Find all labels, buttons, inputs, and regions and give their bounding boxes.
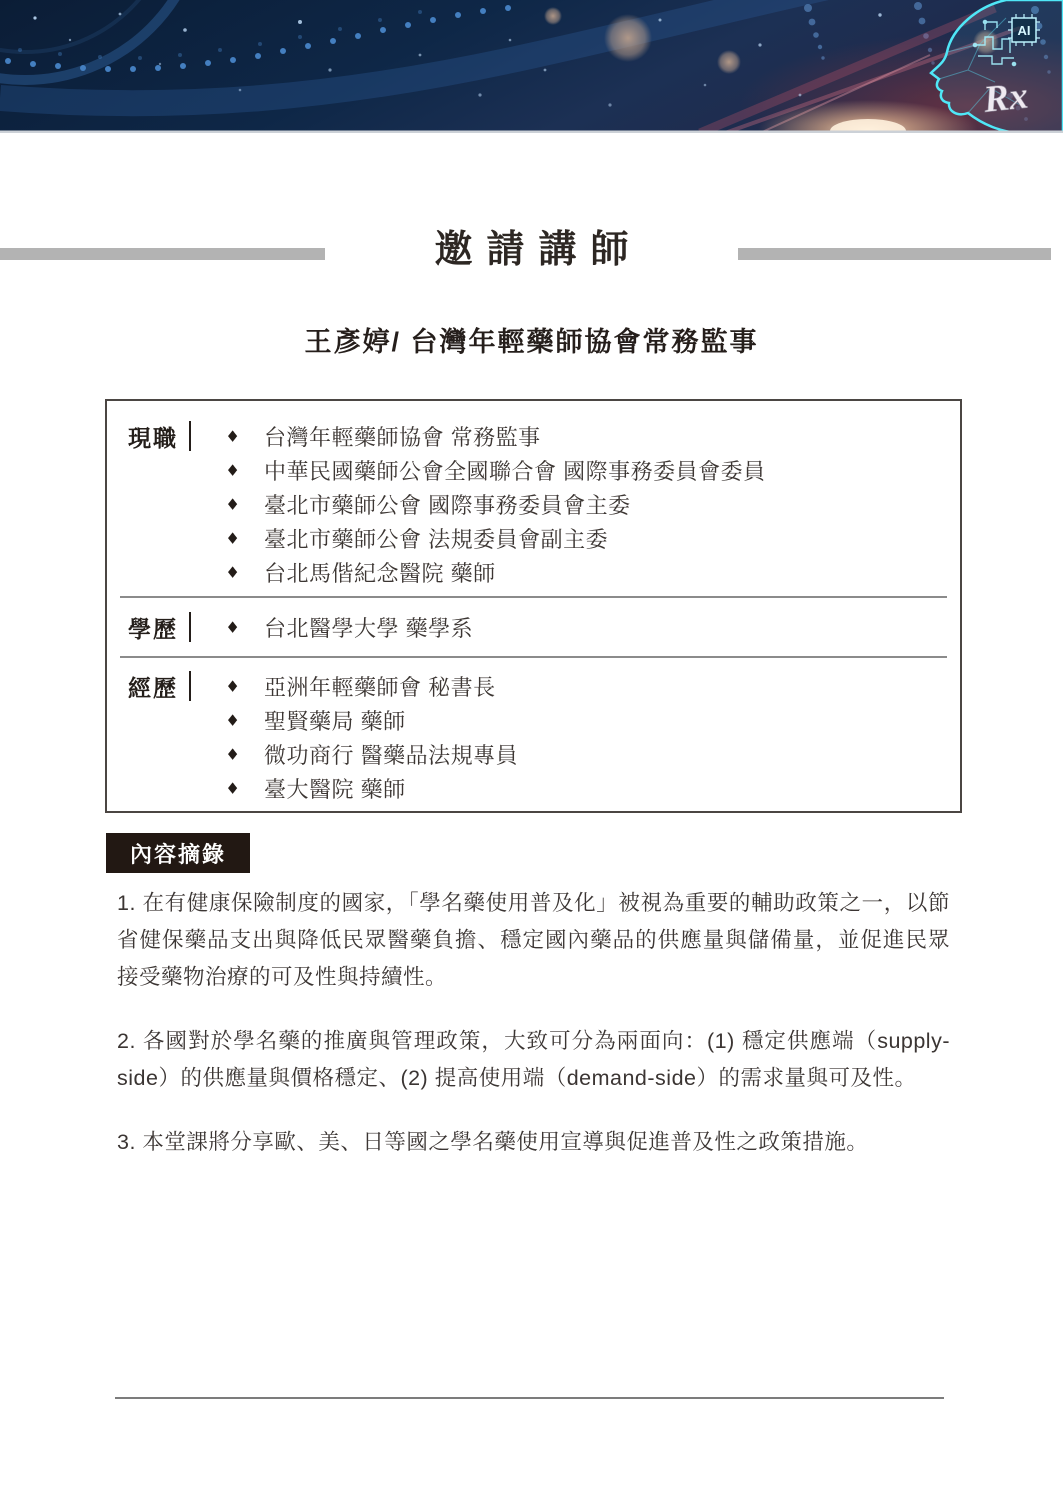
- list-item-text: 中華民國藥師公會全國聯合會 國際事務委員會委員: [264, 455, 766, 486]
- summary-paragraph-2: 2. 各國對於學名藥的推廣與管理政策，大致可分為兩面向：(1) 穩定供應端（su…: [117, 1023, 950, 1097]
- section-label-text: 現職: [128, 420, 178, 453]
- label-divider-bar: [189, 421, 191, 451]
- diamond-bullet-icon: ◆: [228, 555, 264, 589]
- list-item: ◆ 聖賢藥局 藥師: [228, 703, 947, 737]
- speaker-name: 王彥婷/ 台灣年輕藥師協會常務監事: [0, 320, 1063, 359]
- summary-paragraph-1: 1. 在有健康保險制度的國家，「學名藥使用普及化」被視為重要的輔助政策之一，以節…: [117, 885, 950, 996]
- ai-chip-label: AI: [1018, 23, 1031, 38]
- list-item: ◆ 臺大醫院 藥師: [228, 771, 947, 805]
- diamond-bullet-icon: ◆: [228, 771, 264, 805]
- page-title-row: 邀請講師: [0, 222, 1063, 278]
- ai-chip-icon: AI: [1008, 14, 1040, 46]
- list-item-text: 台北醫學大學 藥學系: [264, 612, 473, 643]
- list-item-text: 台北馬偕紀念醫院 藥師: [264, 557, 496, 588]
- list-item: ◆ 台北馬偕紀念醫院 藥師: [228, 555, 947, 589]
- list-item: ◆ 中華民國藥師公會全國聯合會 國際事務委員會委員: [228, 453, 947, 487]
- summary-paragraphs: 1. 在有健康保險制度的國家，「學名藥使用普及化」被視為重要的輔助政策之一，以節…: [117, 885, 950, 1188]
- section-label: 學歷: [128, 610, 228, 644]
- diamond-bullet-icon: ◆: [228, 669, 264, 703]
- list-item-text: 亞洲年輕藥師會 秘書長: [264, 671, 496, 702]
- banner-bottom-edge: [0, 131, 1063, 134]
- section-education: 學歷 ◆ 台北醫學大學 藥學系: [107, 598, 960, 656]
- section-label-text: 經歷: [128, 670, 178, 703]
- list-item: ◆ 台北醫學大學 藥學系: [228, 610, 947, 644]
- summary-heading-badge: 內容摘錄: [106, 833, 250, 873]
- section-experience: 經歷 ◆ 亞洲年輕藥師會 秘書長 ◆ 聖賢藥局 藥師 ◆ 微功商行 醫藥品法規專…: [107, 658, 960, 811]
- list-item-text: 台灣年輕藥師協會 常務監事: [264, 421, 541, 452]
- list-item: ◆ 微功商行 醫藥品法規專員: [228, 737, 947, 771]
- diamond-bullet-icon: ◆: [228, 487, 264, 521]
- footer-rule: [115, 1397, 944, 1399]
- list-item-text: 臺大醫院 藥師: [264, 773, 406, 804]
- rx-icon: Rx: [981, 75, 1031, 122]
- section-label-text: 學歷: [128, 611, 178, 644]
- profile-box: 現職 ◆ 台灣年輕藥師協會 常務監事 ◆ 中華民國藥師公會全國聯合會 國際事務委…: [105, 399, 962, 813]
- diamond-bullet-icon: ◆: [228, 453, 264, 487]
- label-divider-bar: [189, 671, 191, 701]
- summary-paragraph-3: 3. 本堂課將分享歐、美、日等國之學名藥使用宣導與促進普及性之政策措施。: [117, 1124, 950, 1161]
- list-item-text: 微功商行 醫藥品法規專員: [264, 739, 518, 770]
- diamond-bullet-icon: ◆: [228, 703, 264, 737]
- banner-illustration: AI Rx: [0, 0, 1063, 133]
- list-item: ◆ 台灣年輕藥師協會 常務監事: [228, 419, 947, 453]
- section-current-position: 現職 ◆ 台灣年輕藥師協會 常務監事 ◆ 中華民國藥師公會全國聯合會 國際事務委…: [107, 401, 960, 596]
- list-item-text: 聖賢藥局 藥師: [264, 705, 406, 736]
- list-item: ◆ 臺北市藥師公會 法規委員會副主委: [228, 521, 947, 555]
- diamond-bullet-icon: ◆: [228, 610, 264, 644]
- banner-image: AI Rx: [0, 0, 1063, 133]
- diamond-bullet-icon: ◆: [228, 521, 264, 555]
- list-item-text: 臺北市藥師公會 國際事務委員會主委: [264, 489, 631, 520]
- document-page: AI Rx 邀請講師 王彥婷/ 台灣年輕藥師協會常務監事 現職 ◆ 台灣年輕藥師…: [0, 0, 1063, 1506]
- page-title: 邀請講師: [0, 222, 1063, 278]
- list-item: ◆ 臺北市藥師公會 國際事務委員會主委: [228, 487, 947, 521]
- diamond-bullet-icon: ◆: [228, 419, 264, 453]
- list-item: ◆ 亞洲年輕藥師會 秘書長: [228, 669, 947, 703]
- section-label: 經歷: [128, 669, 228, 703]
- label-divider-bar: [189, 612, 191, 642]
- diamond-bullet-icon: ◆: [228, 737, 264, 771]
- section-label: 現職: [128, 419, 228, 453]
- list-item-text: 臺北市藥師公會 法規委員會副主委: [264, 523, 608, 554]
